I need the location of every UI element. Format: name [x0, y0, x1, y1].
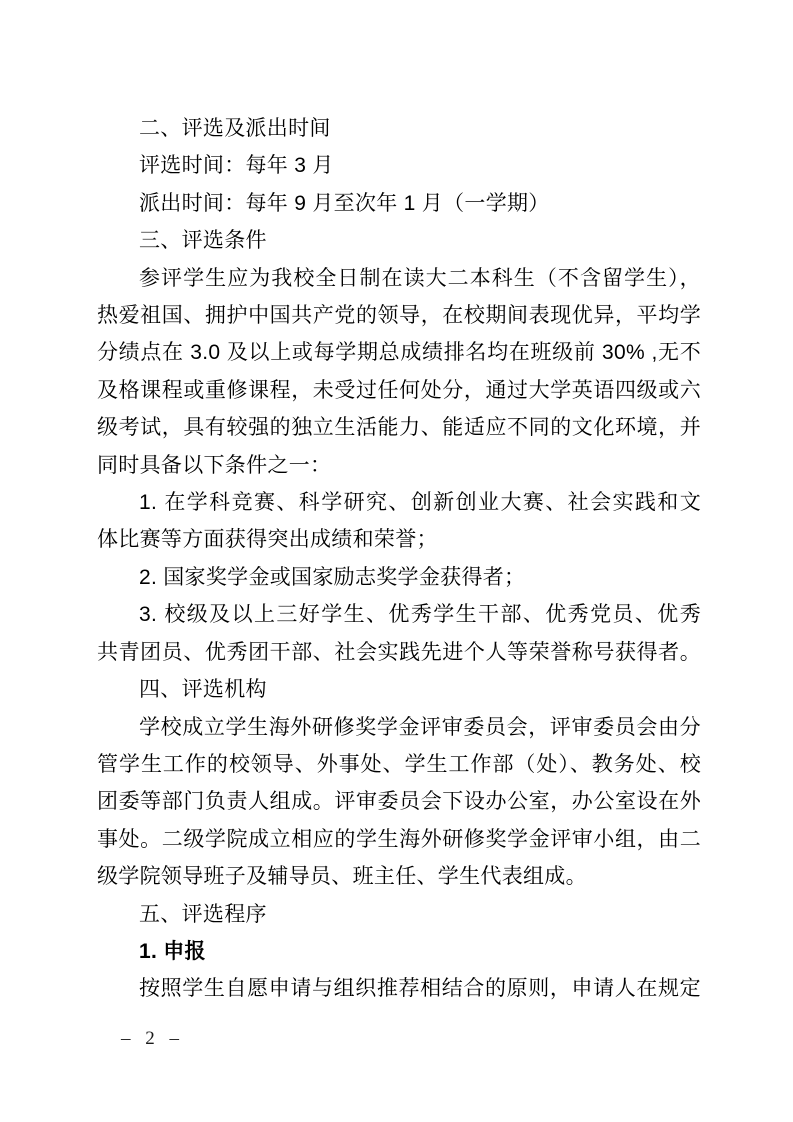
list-item-1-line: 1. 在学科竞赛、科学研究、创新创业大赛、社会实践和文	[97, 484, 701, 521]
para-organization-line: 级学院领导班子及辅导员、班主任、学生代表组成。	[97, 858, 701, 895]
para-organization-line: 学校成立学生海外研修奖学金评审委员会，评审委员会由分	[97, 709, 701, 746]
heading-section-4-organization: 四、评选机构	[97, 671, 701, 708]
list-item-1-line: 体比赛等方面获得突出成绩和荣誉；	[97, 521, 701, 558]
para-organization-line: 管学生工作的校领导、外事处、学生工作部（处）、教务处、校	[97, 746, 701, 783]
para-organization-line: 团委等部门负责人组成。评审委员会下设办公室，办公室设在外	[97, 783, 701, 820]
para-organization-line: 事处。二级学院成立相应的学生海外研修奖学金评审小组，由二	[97, 821, 701, 858]
list-item-3-line: 共青团员、优秀团干部、社会实践先进个人等荣誉称号获得者。	[97, 634, 701, 671]
heading-section-3-criteria: 三、评选条件	[97, 222, 701, 259]
heading-section-2-time: 二、评选及派出时间	[97, 110, 701, 147]
para-criteria-line: 热爱祖国、拥护中国共产党的领导，在校期间表现优异，平均学	[97, 297, 701, 334]
para-criteria-line: 参评学生应为我校全日制在读大二本科生（不含留学生），	[97, 260, 701, 297]
line-dispatch-time: 派出时间：每年 9 月至次年 1 月（一学期）	[97, 185, 701, 222]
heading-section-5-procedure: 五、评选程序	[97, 896, 701, 933]
para-criteria-line: 分绩点在 3.0 及以上或每学期总成绩排名均在班级前 30% ,无不	[97, 334, 701, 371]
document-page: 二、评选及派出时间 评选时间：每年 3 月 派出时间：每年 9 月至次年 1 月…	[0, 0, 793, 1122]
page-number: – 2 –	[121, 1028, 181, 1050]
para-application-line: 按照学生自愿申请与组织推荐相结合的原则，申请人在规定	[97, 970, 701, 1007]
para-criteria-line: 级考试，具有较强的独立生活能力、能适应不同的文化环境，并	[97, 409, 701, 446]
list-item-2-line: 2. 国家奖学金或国家励志奖学金获得者；	[97, 559, 701, 596]
subheading-application: 1. 申报	[97, 933, 701, 970]
para-criteria-line: 及格课程或重修课程，未受过任何处分，通过大学英语四级或六	[97, 372, 701, 409]
list-item-3-line: 3. 校级及以上三好学生、优秀学生干部、优秀党员、优秀	[97, 596, 701, 633]
para-criteria-line: 同时具备以下条件之一：	[97, 447, 701, 484]
document-body: 二、评选及派出时间 评选时间：每年 3 月 派出时间：每年 9 月至次年 1 月…	[97, 110, 701, 1008]
line-selection-time: 评选时间：每年 3 月	[97, 147, 701, 184]
